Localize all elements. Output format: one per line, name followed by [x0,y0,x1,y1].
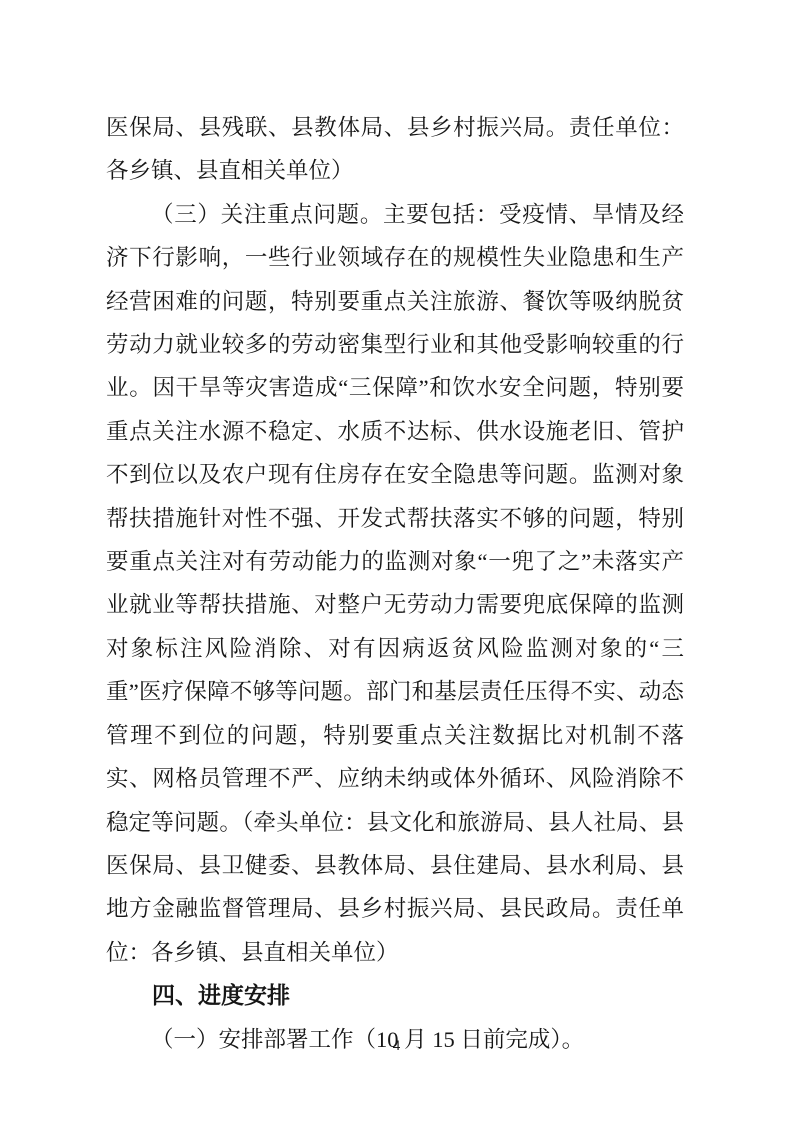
document-page: { "document": { "paragraphs": { "continu… [0,0,793,1122]
document-body: 医保局、县残联、县教体局、县乡村振兴局。责任单位：各乡镇、县直相关单位） （三）… [106,106,684,1061]
document-canvas: 医保局、县残联、县教体局、县乡村振兴局。责任单位：各乡镇、县直相关单位） （三）… [0,0,793,1122]
paragraph-section-three: （三）关注重点问题。主要包括：受疫情、旱情及经济下行影响，一些行业领域存在的规模… [106,193,684,974]
heading-section-four: 四、进度安排 [106,974,684,1017]
page-number: 4 [0,1036,793,1054]
paragraph-continuation: 医保局、县残联、县教体局、县乡村振兴局。责任单位：各乡镇、县直相关单位） [106,106,684,193]
